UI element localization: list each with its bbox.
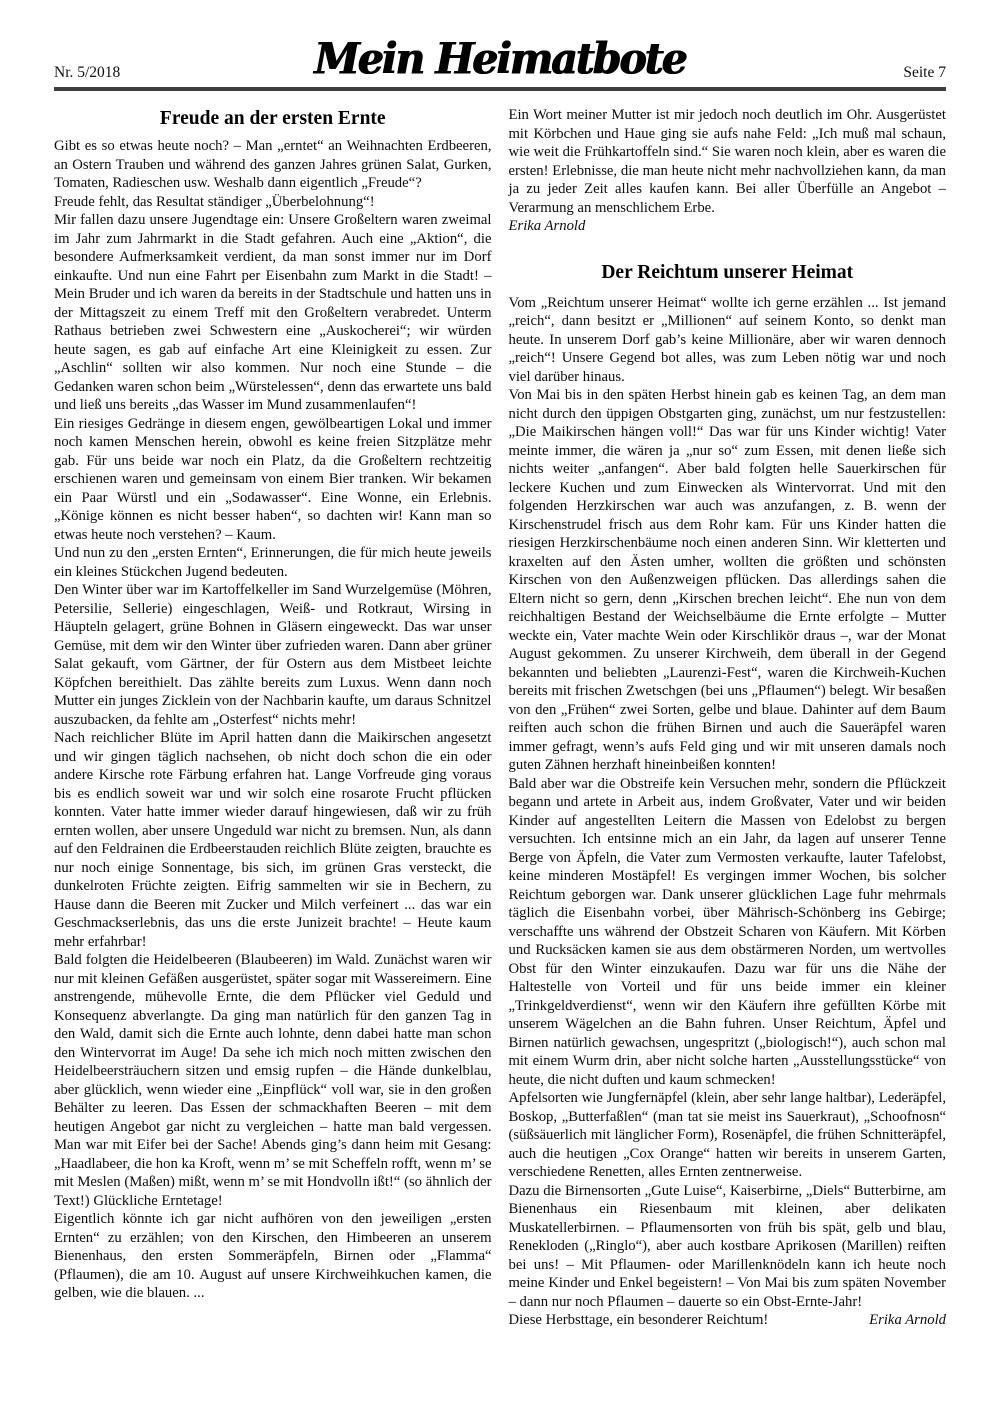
left-column: Freude an der ersten Ernte Gibt es so et…: [54, 106, 492, 1330]
article1-signature: Erika Arnold: [509, 217, 947, 236]
article2-closing-row: Diese Herbsttage, ein besonderer Reichtu…: [509, 1311, 947, 1330]
article1-paragraph: Freude fehlt, das Resultat ständiger „Üb…: [54, 193, 492, 212]
masthead: Mein Heimatbote: [54, 33, 946, 85]
article-columns: Freude an der ersten Ernte Gibt es so et…: [54, 106, 946, 1330]
article1-paragraph: Den Winter über war im Kartoffelkeller i…: [54, 581, 492, 729]
page-header: Nr. 5/2018 Mein Heimatbote Seite 7: [54, 34, 946, 84]
article2-title: Der Reichtum unserer Heimat: [509, 262, 947, 284]
article2-paragraph: Dazu die Birnensorten „Gute Luise“, Kais…: [509, 1182, 947, 1312]
article1-paragraph: Und nun zu den „ersten Ernten“, Erinneru…: [54, 544, 492, 581]
right-column: Ein Wort meiner Mutter ist mir jedoch no…: [509, 106, 947, 1330]
page-number: Seite 7: [903, 64, 946, 82]
article1-paragraph-continued: Ein Wort meiner Mutter ist mir jedoch no…: [509, 106, 947, 217]
article1-paragraph: Gibt es so etwas heute noch? – Man „ernt…: [54, 137, 492, 193]
article2-closing: Diese Herbsttage, ein besonderer Reichtu…: [509, 1311, 769, 1330]
article1-paragraph: Nach reichlicher Blüte im April hatten d…: [54, 729, 492, 951]
article2-paragraph: Von Mai bis in den späten Herbst hinein …: [509, 386, 947, 775]
article1-title: Freude an der ersten Ernte: [54, 108, 492, 130]
newspaper-page: Nr. 5/2018 Mein Heimatbote Seite 7 Freud…: [0, 0, 1000, 1412]
article2-paragraph: Apfelsorten wie Jungfernäpfel (klein, ab…: [509, 1089, 947, 1182]
header-divider: [54, 87, 946, 91]
article2-signature: Erika Arnold: [869, 1311, 946, 1330]
article2-paragraph: Vom „Reichtum unserer Heimat“ wollte ich…: [509, 294, 947, 387]
article1-paragraph: Mir fallen dazu unsere Jugendtage ein: U…: [54, 211, 492, 415]
article2-paragraph: Bald aber war die Obstreife kein Versuch…: [509, 775, 947, 1090]
article1-paragraph: Ein riesiges Gedränge in diesem engen, g…: [54, 415, 492, 545]
article1-paragraph: Bald folgten die Heidelbeeren (Blaubeere…: [54, 951, 492, 1210]
article1-paragraph: Eigentlich könnte ich gar nicht aufhören…: [54, 1210, 492, 1303]
